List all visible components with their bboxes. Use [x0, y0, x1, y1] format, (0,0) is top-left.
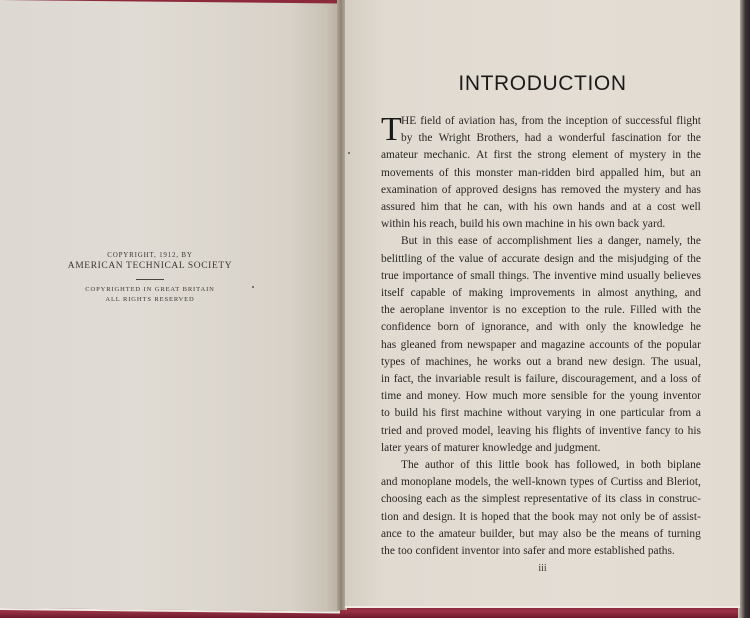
- text-line: trueimportanceofsmallthings.Theinventive…: [381, 268, 701, 285]
- word: inception: [566, 113, 608, 130]
- word: machines,: [425, 354, 471, 371]
- word: the: [613, 319, 627, 336]
- word: particular: [621, 405, 665, 422]
- word: invariable: [435, 371, 481, 388]
- word: true: [381, 268, 399, 285]
- word: Bleriot,: [666, 474, 700, 491]
- word: assist-: [672, 509, 700, 526]
- word: at: [633, 199, 641, 216]
- word: varying: [546, 405, 581, 422]
- word: the: [518, 147, 532, 164]
- word: a: [661, 371, 666, 388]
- word: and: [381, 474, 397, 491]
- word: young: [630, 388, 658, 405]
- word: this: [476, 457, 492, 474]
- text-line: itselfcapableofmakingimprovementsinalmos…: [381, 285, 701, 302]
- text-line: ancetotheamateurbuilder,butmayalsobethem…: [381, 526, 701, 543]
- word: his: [688, 423, 701, 440]
- word: mystery: [624, 182, 661, 199]
- word: popular: [666, 337, 701, 354]
- word: tried: [381, 423, 402, 440]
- word: each: [426, 491, 447, 508]
- word: of: [592, 491, 602, 508]
- word: loss: [670, 371, 688, 388]
- word: cost: [657, 199, 675, 216]
- word: works: [493, 354, 521, 371]
- word: proved: [426, 423, 458, 440]
- word: the: [611, 388, 625, 405]
- word: successful: [625, 113, 672, 130]
- word: usual,: [674, 354, 701, 371]
- word: The: [533, 268, 551, 285]
- copyright-britain: COPYRIGHTED IN GREAT BRITAIN: [60, 285, 240, 295]
- word: representative: [524, 491, 588, 508]
- word: had: [525, 130, 541, 147]
- word: fascination: [611, 130, 661, 147]
- word: monster: [476, 165, 513, 182]
- word: and: [548, 543, 564, 560]
- word: well-known: [512, 474, 566, 491]
- word: in: [381, 371, 390, 388]
- word: book: [552, 509, 575, 526]
- word: usually: [627, 268, 660, 285]
- word: and: [665, 182, 681, 199]
- word: improvements: [510, 285, 575, 302]
- word: his: [486, 216, 499, 233]
- word: types: [381, 354, 405, 371]
- word: out: [526, 354, 541, 371]
- text-line: choosingeachasthesimplestrepresentativeo…: [381, 491, 701, 508]
- word: model,: [462, 423, 493, 440]
- word: and: [536, 319, 552, 336]
- word: inventor: [462, 543, 500, 560]
- word: within: [381, 216, 410, 233]
- word: is: [514, 371, 522, 388]
- word: to: [407, 526, 416, 543]
- word: the: [420, 526, 434, 543]
- word: the: [419, 130, 433, 147]
- word: misjudging: [617, 251, 668, 268]
- word: one: [600, 405, 616, 422]
- text-line: hasgleanedfromnewspaperandmagazineaccoun…: [381, 337, 701, 354]
- text-line: tobuildhisfirstmachinewithoutvaryinginon…: [381, 405, 701, 422]
- word: appalled: [600, 165, 639, 182]
- word: the: [601, 526, 615, 543]
- word: back: [618, 216, 640, 233]
- word: leaving: [497, 423, 531, 440]
- word: his: [579, 216, 592, 233]
- word: the: [585, 302, 599, 319]
- word: amateur: [381, 147, 418, 164]
- word: the: [418, 371, 432, 388]
- word: is: [470, 509, 478, 526]
- text-line: lateryearsofmaturerknowledgeandjudgment.: [381, 440, 701, 457]
- word: he: [467, 199, 478, 216]
- word: be: [644, 509, 655, 526]
- word: confidence: [381, 319, 431, 336]
- word: accomplishment: [497, 233, 572, 250]
- word: class: [620, 491, 642, 508]
- word: of: [442, 182, 452, 199]
- word: can,: [484, 199, 503, 216]
- word: into: [502, 543, 520, 560]
- word: for: [593, 388, 606, 405]
- word: and: [406, 423, 422, 440]
- word: Curtiss: [611, 474, 643, 491]
- word: own: [503, 216, 523, 233]
- word: and: [641, 371, 657, 388]
- text-line: theaeroplaneinventorisnoexceptiontotheru…: [381, 302, 701, 319]
- publisher-name: AMERICAN TECHNICAL SOCIETY: [60, 260, 240, 273]
- text-line: infact,theinvariableresultisfailure,disc…: [381, 371, 701, 388]
- word: of: [614, 147, 624, 164]
- word: born: [438, 319, 459, 336]
- word: and: [578, 251, 594, 268]
- word: from: [441, 337, 463, 354]
- word: ease: [458, 233, 478, 250]
- word: models,: [455, 474, 491, 491]
- word: belittling: [381, 251, 422, 268]
- word: for: [668, 130, 681, 147]
- text-line: andmonoplanemodels,thewell-knowntypesofC…: [381, 474, 701, 491]
- word: the: [599, 251, 613, 268]
- word: no: [505, 302, 516, 319]
- word: bird: [576, 165, 594, 182]
- word: of: [452, 285, 462, 302]
- word: and: [535, 440, 551, 457]
- word: capable: [411, 285, 446, 302]
- word: has: [381, 337, 396, 354]
- word: to: [571, 302, 580, 319]
- text-line: typesofmachines,heworksoutabrandnewdesig…: [381, 354, 701, 371]
- word: ance: [381, 526, 402, 543]
- word: build: [395, 405, 418, 422]
- word: aeroplane: [400, 302, 444, 319]
- word: of: [634, 337, 644, 354]
- word: in: [646, 491, 655, 508]
- word: inventive: [599, 423, 641, 440]
- word: years: [404, 440, 428, 457]
- word: the: [440, 251, 454, 268]
- word: paths.: [648, 543, 675, 560]
- word: design: [544, 251, 574, 268]
- word: this: [436, 233, 452, 250]
- word: biplane: [667, 457, 701, 474]
- word: types: [570, 474, 594, 491]
- word: Filled: [630, 302, 657, 319]
- word: as: [451, 491, 461, 508]
- word: simplest: [482, 491, 520, 508]
- word: in: [672, 147, 681, 164]
- word: its: [605, 491, 616, 508]
- text-line: belittlingofthevalueofaccuratedesignandt…: [381, 251, 701, 268]
- word: monoplane: [401, 474, 452, 491]
- word: small: [470, 268, 495, 285]
- word: sensible: [551, 388, 588, 405]
- word: only: [586, 319, 606, 336]
- word: and: [520, 337, 536, 354]
- word: safer: [523, 543, 545, 560]
- word: mind: [600, 268, 623, 285]
- open-book-spread: COPYRIGHT, 1912, BY AMERICAN TECHNICAL S…: [0, 0, 750, 618]
- word: to: [381, 405, 390, 422]
- word: assured: [381, 199, 415, 216]
- copyright-year: COPYRIGHT, 1912, BY: [60, 250, 240, 260]
- word: man-ridden: [518, 165, 571, 182]
- word: build: [460, 216, 483, 233]
- page-number: iii: [345, 563, 740, 574]
- word: own: [595, 216, 615, 233]
- word: author: [425, 457, 454, 474]
- word: of: [411, 354, 421, 371]
- word: construc-: [659, 491, 701, 508]
- word: of: [691, 371, 701, 388]
- word: amateur: [439, 526, 476, 543]
- word: design.: [613, 354, 646, 371]
- word: Brothers,: [477, 130, 519, 147]
- word: of: [659, 509, 669, 526]
- left-page: [0, 0, 340, 614]
- word: has: [686, 182, 701, 199]
- word: element: [572, 147, 608, 164]
- word: has: [541, 182, 556, 199]
- word: book: [526, 457, 549, 474]
- word: this: [454, 165, 470, 182]
- word: of: [439, 165, 449, 182]
- word: in: [567, 216, 576, 233]
- word: the: [381, 302, 395, 319]
- word: without: [507, 405, 542, 422]
- word: danger,: [608, 233, 641, 250]
- word: followed,: [576, 457, 619, 474]
- text-line: amateurmechanic.Atfirstthestrongelemento…: [381, 147, 701, 164]
- word: first: [493, 147, 511, 164]
- word: time: [381, 388, 401, 405]
- word: his: [413, 216, 426, 233]
- word: the: [687, 130, 701, 147]
- text-line: Butinthiseaseofaccomplishmentliesadanger…: [381, 233, 701, 250]
- word: him,: [644, 165, 665, 182]
- word: only: [620, 509, 640, 526]
- word: accounts: [589, 337, 629, 354]
- word: HE: [401, 113, 416, 130]
- word: a: [547, 130, 552, 147]
- text-line: assuredhimthathecan,withhisownhandsandat…: [381, 199, 701, 216]
- text-line: thetooconfidentinventorintosaferandmoree…: [381, 543, 701, 560]
- word: result: [485, 371, 510, 388]
- divider: [136, 279, 164, 280]
- word: the: [494, 474, 508, 491]
- word: the: [534, 509, 548, 526]
- word: magazine: [541, 337, 585, 354]
- word: he: [690, 319, 701, 336]
- word: with: [559, 319, 579, 336]
- word: the: [548, 113, 562, 130]
- word: both: [641, 457, 661, 474]
- word: also: [563, 526, 581, 543]
- word: own: [553, 199, 573, 216]
- word: How: [465, 388, 487, 405]
- word: more: [523, 388, 546, 405]
- word: things.: [499, 268, 530, 285]
- word: and: [685, 285, 701, 302]
- word: It: [459, 509, 466, 526]
- word: may: [539, 526, 559, 543]
- word: failure,: [525, 371, 558, 388]
- word: his: [534, 199, 547, 216]
- word: with: [508, 199, 528, 216]
- page-title: INTRODUCTION: [345, 72, 740, 96]
- word: machine: [525, 216, 564, 233]
- word: hoped: [482, 509, 510, 526]
- word: removed: [561, 182, 601, 199]
- word: money.: [427, 388, 460, 405]
- word: brand: [557, 354, 583, 371]
- text-line: withinhisreach,buildhisownmachineinhisow…: [381, 216, 701, 233]
- paper-speck: [348, 152, 350, 154]
- word: the: [605, 182, 619, 199]
- word: flight: [676, 113, 701, 130]
- word: in: [423, 233, 432, 250]
- word: by: [401, 130, 412, 147]
- word: a: [696, 405, 701, 422]
- word: of: [465, 319, 475, 336]
- word: more: [568, 543, 591, 560]
- word: accurate: [502, 251, 540, 268]
- word: mystery: [630, 147, 667, 164]
- word: his: [423, 405, 436, 422]
- word: But: [401, 233, 417, 250]
- text-line: triedandprovedmodel,leavinghisflightsofi…: [381, 423, 701, 440]
- rights-reserved: ALL RIGHTS RESERVED: [60, 295, 240, 305]
- word: itself: [381, 285, 404, 302]
- word: of: [612, 113, 622, 130]
- word: his: [535, 423, 548, 440]
- text-line: tionanddesign.Itishopedthatthebookmaynot…: [381, 509, 701, 526]
- word: and: [406, 388, 422, 405]
- word: of: [483, 233, 493, 250]
- word: examination: [381, 182, 437, 199]
- word: designs: [503, 182, 537, 199]
- word: is: [493, 302, 501, 319]
- word: well: [681, 199, 701, 216]
- word: importance: [402, 268, 453, 285]
- word: The: [651, 354, 669, 371]
- word: has: [555, 457, 570, 474]
- word: flights: [552, 423, 581, 440]
- text-line: HEfieldofaviationhas,fromtheinceptionofs…: [381, 113, 701, 130]
- copyright-notice: COPYRIGHT, 1912, BY AMERICAN TECHNICAL S…: [60, 250, 240, 305]
- word: little: [499, 457, 520, 474]
- word: gleaned: [401, 337, 436, 354]
- word: inventive: [554, 268, 596, 285]
- word: the: [687, 302, 701, 319]
- word: a: [598, 233, 603, 250]
- word: ignorance,: [481, 319, 529, 336]
- word: in: [586, 405, 595, 422]
- word: fancy: [645, 423, 670, 440]
- word: fact,: [394, 371, 414, 388]
- word: anything,: [635, 285, 678, 302]
- word: much: [493, 388, 518, 405]
- word: believes: [664, 268, 701, 285]
- text-line: bytheWrightBrothers,hadawonderfulfascina…: [381, 130, 701, 147]
- word: but: [519, 526, 534, 543]
- word: the: [687, 233, 701, 250]
- word: in: [582, 285, 591, 302]
- word: newspaper: [467, 337, 516, 354]
- word: inventor: [663, 388, 701, 405]
- word: rule.: [604, 302, 625, 319]
- word: means: [620, 526, 649, 543]
- word: to: [675, 423, 684, 440]
- drop-cap: T: [381, 115, 402, 145]
- word: later: [381, 440, 401, 457]
- word: new: [588, 354, 607, 371]
- word: aviation: [459, 113, 496, 130]
- word: an: [690, 165, 701, 182]
- introduction-body: T HEfieldofaviationhas,fromtheinceptiono…: [381, 113, 701, 560]
- word: he: [477, 354, 488, 371]
- word: of: [598, 474, 608, 491]
- word: of: [445, 113, 455, 130]
- word: of: [457, 268, 467, 285]
- word: lies: [577, 233, 593, 250]
- word: him: [421, 199, 439, 216]
- word: and: [610, 199, 626, 216]
- text-line: movementsofthismonsterman-riddenbirdappa…: [381, 165, 701, 182]
- word: tion: [381, 509, 399, 526]
- word: wonderful: [558, 130, 605, 147]
- word: knowledge: [634, 319, 684, 336]
- word: hands: [578, 199, 605, 216]
- word: almost: [598, 285, 628, 302]
- text-line: timeandmoney.Howmuchmoresensiblefortheyo…: [381, 388, 701, 405]
- word: and: [646, 474, 662, 491]
- word: builder,: [480, 526, 515, 543]
- word: namely,: [646, 233, 682, 250]
- word: of: [488, 251, 498, 268]
- word: making: [469, 285, 503, 302]
- word: and: [403, 509, 419, 526]
- word: the: [687, 251, 701, 268]
- word: that: [513, 509, 530, 526]
- word: established: [594, 543, 645, 560]
- text-line: Theauthorofthislittlebookhasfollowed,inb…: [381, 457, 701, 474]
- word: be: [586, 526, 597, 543]
- word: has,: [499, 113, 517, 130]
- word: of: [431, 440, 441, 457]
- word: value: [459, 251, 484, 268]
- word: design.: [423, 509, 456, 526]
- word: that: [444, 199, 461, 216]
- word: field: [420, 113, 441, 130]
- word: of: [427, 251, 437, 268]
- word: The: [401, 457, 419, 474]
- word: the: [381, 543, 395, 560]
- word: of: [673, 251, 683, 268]
- word: mechanic.: [424, 147, 471, 164]
- word: exception: [522, 302, 566, 319]
- word: a: [546, 354, 551, 371]
- word: confident: [415, 543, 458, 560]
- word: too: [398, 543, 413, 560]
- word: from: [669, 405, 691, 422]
- word: of: [585, 423, 595, 440]
- word: in: [626, 457, 635, 474]
- word: maturer: [444, 440, 479, 457]
- word: the: [464, 491, 478, 508]
